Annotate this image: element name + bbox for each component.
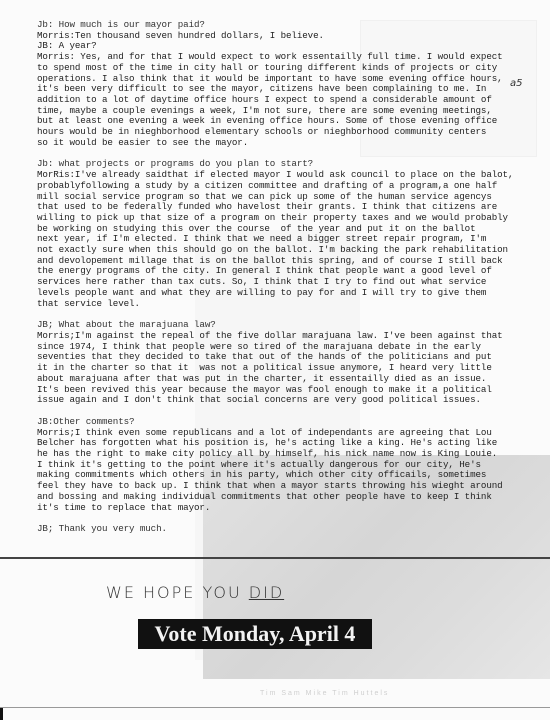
scan-corner-mark: [0, 708, 3, 720]
bottom-rule: [0, 707, 550, 708]
transcript-line: to spend most of the time in city hall o…: [37, 63, 537, 74]
transcript-line: and bossing and making individual commit…: [37, 492, 537, 503]
transcript-line: that service level.: [37, 299, 537, 310]
transcript-block: Jb: How much is our mayor paid?Morris:Te…: [37, 20, 537, 148]
transcript-line: about marajuana after that was put in th…: [37, 374, 537, 385]
handwritten-note-underlined: DID: [249, 583, 284, 602]
question-line: JB:Other comments?: [37, 417, 537, 428]
scanned-document-page: Jb: How much is our mayor paid?Morris:Te…: [0, 0, 550, 720]
transcript-line: issue again and I don't think that socia…: [37, 395, 537, 406]
transcript-line: levels people want and what they are wil…: [37, 288, 537, 299]
divider-rule: [0, 557, 550, 559]
transcript-block: Jb: what projects or programs do you pla…: [37, 159, 537, 309]
transcript-line: so it would be easier to see the mayor.: [37, 138, 537, 149]
transcript-block: JB:Other comments?Morris;I think even so…: [37, 417, 537, 513]
transcript-line: Morris:Ten thousand seven hundred dollar…: [37, 31, 537, 42]
vote-banner: Vote Monday, April 4: [138, 619, 372, 649]
handwritten-note-text: WE HOPE YOU: [106, 583, 242, 602]
transcript-line: it's time to replace that mayor.: [37, 503, 537, 514]
transcript-block: JB; Thank you very much.: [37, 524, 537, 535]
transcript-block: JB; What about the marajuana law?Morris;…: [37, 320, 537, 406]
transcript-line: probablyfollowing a study by a citizen c…: [37, 181, 537, 192]
bleed-through-caption: Tim Sam Mike Tim Huttels: [260, 690, 389, 697]
handwritten-note: WE HOPE YOU DID: [106, 583, 284, 602]
question-line: JB; Thank you very much.: [37, 524, 537, 535]
margin-annotation: a5: [510, 78, 523, 89]
interview-transcript: Jb: How much is our mayor paid?Morris:Te…: [37, 20, 537, 546]
